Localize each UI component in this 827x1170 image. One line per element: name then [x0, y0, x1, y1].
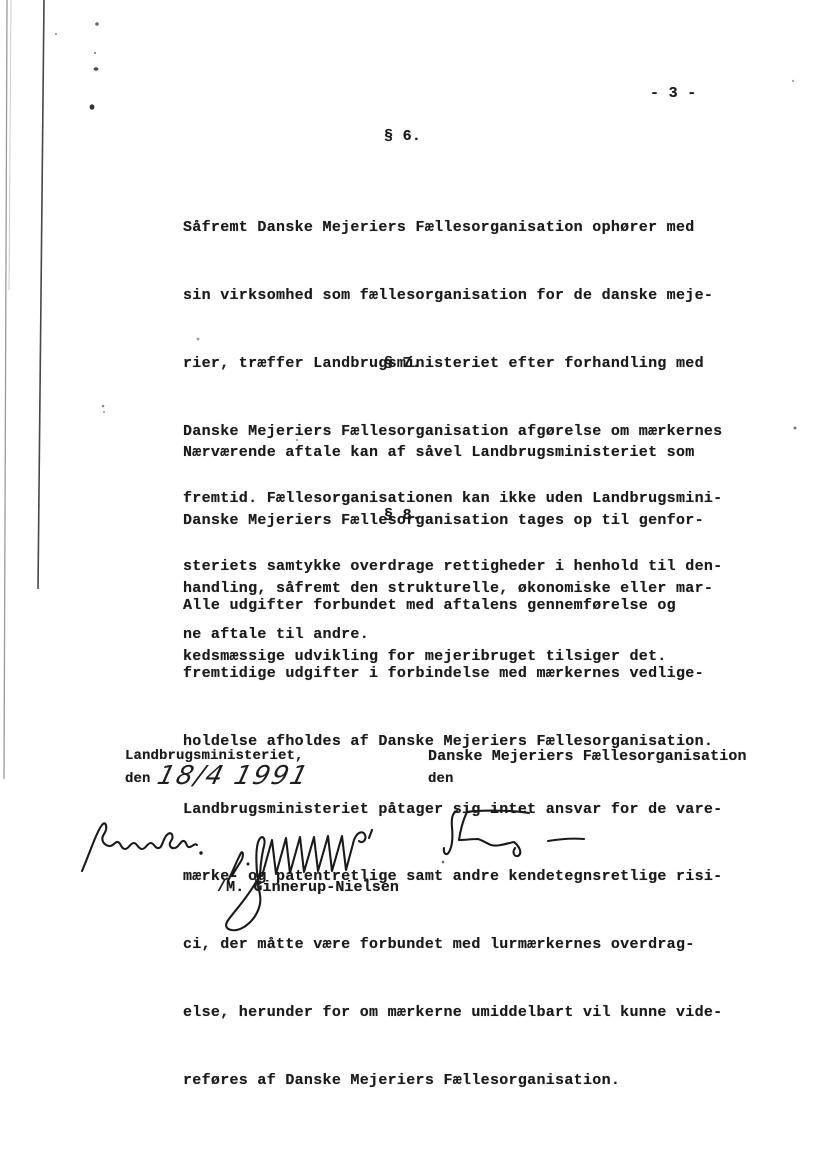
text-line: Nærværende aftale kan af såvel Landbrugs…	[183, 442, 713, 465]
right-signatory-organization: Danske Mejeriers Fællesorganisation	[428, 749, 747, 765]
scan-speck	[55, 33, 57, 35]
text-line: Danske Mejeriers Fællesorganisation tage…	[183, 510, 713, 533]
text-line: Såfremt Danske Mejeriers Fællesorganisat…	[183, 217, 722, 240]
scan-speck	[103, 411, 105, 413]
scan-speck	[95, 22, 99, 26]
text-line: reføres af Danske Mejeriers Fællesorgani…	[183, 1070, 722, 1093]
section-8-heading: § 8.	[384, 508, 421, 524]
text-line: sin virksomhed som fællesorganisation fo…	[183, 285, 722, 308]
left-signatory-typed-name: /M. Ginnerup-Nielsen	[217, 880, 399, 896]
section-8-paragraph: Alle udgifter forbundet med aftalens gen…	[183, 550, 722, 1137]
scan-speck	[102, 405, 105, 408]
scan-speck	[792, 80, 794, 82]
text-line: Landbrugsministeriet påtager sig intet a…	[183, 799, 722, 822]
text-line: Alle udgifter forbundet med aftalens gen…	[183, 595, 722, 618]
page-number: - 3 -	[650, 86, 697, 102]
scan-speck	[94, 67, 99, 71]
scanned-document-page: - 3 - § 6. Såfremt Danske Mejeriers Fæll…	[0, 0, 827, 1170]
inner-scan-line	[38, 0, 44, 589]
text-line: rier, træffer Landbrugsministeriet efter…	[183, 353, 722, 376]
section-7-heading: § 7.	[384, 356, 421, 372]
left-signatory-date-label: den	[125, 771, 151, 787]
scan-speck	[90, 104, 95, 110]
scan-speck	[94, 52, 96, 54]
left-signatory-handwritten-date: 18/4 1991	[155, 762, 313, 790]
scan-speck	[794, 427, 797, 430]
right-signatory-date-label: den	[428, 771, 454, 787]
section-6-heading: § 6.	[384, 129, 421, 145]
scan-artifact-lines	[4, 0, 44, 779]
left-margin-scan-line	[4, 0, 7, 779]
left-margin-scan-line-faint	[9, 0, 11, 290]
text-line: else, herunder for om mærkerne umiddelba…	[183, 1002, 722, 1025]
text-line: ci, der måtte være forbundet med lurmærk…	[183, 934, 722, 957]
text-line: fremtidige udgifter i forbindelse med mæ…	[183, 663, 722, 686]
